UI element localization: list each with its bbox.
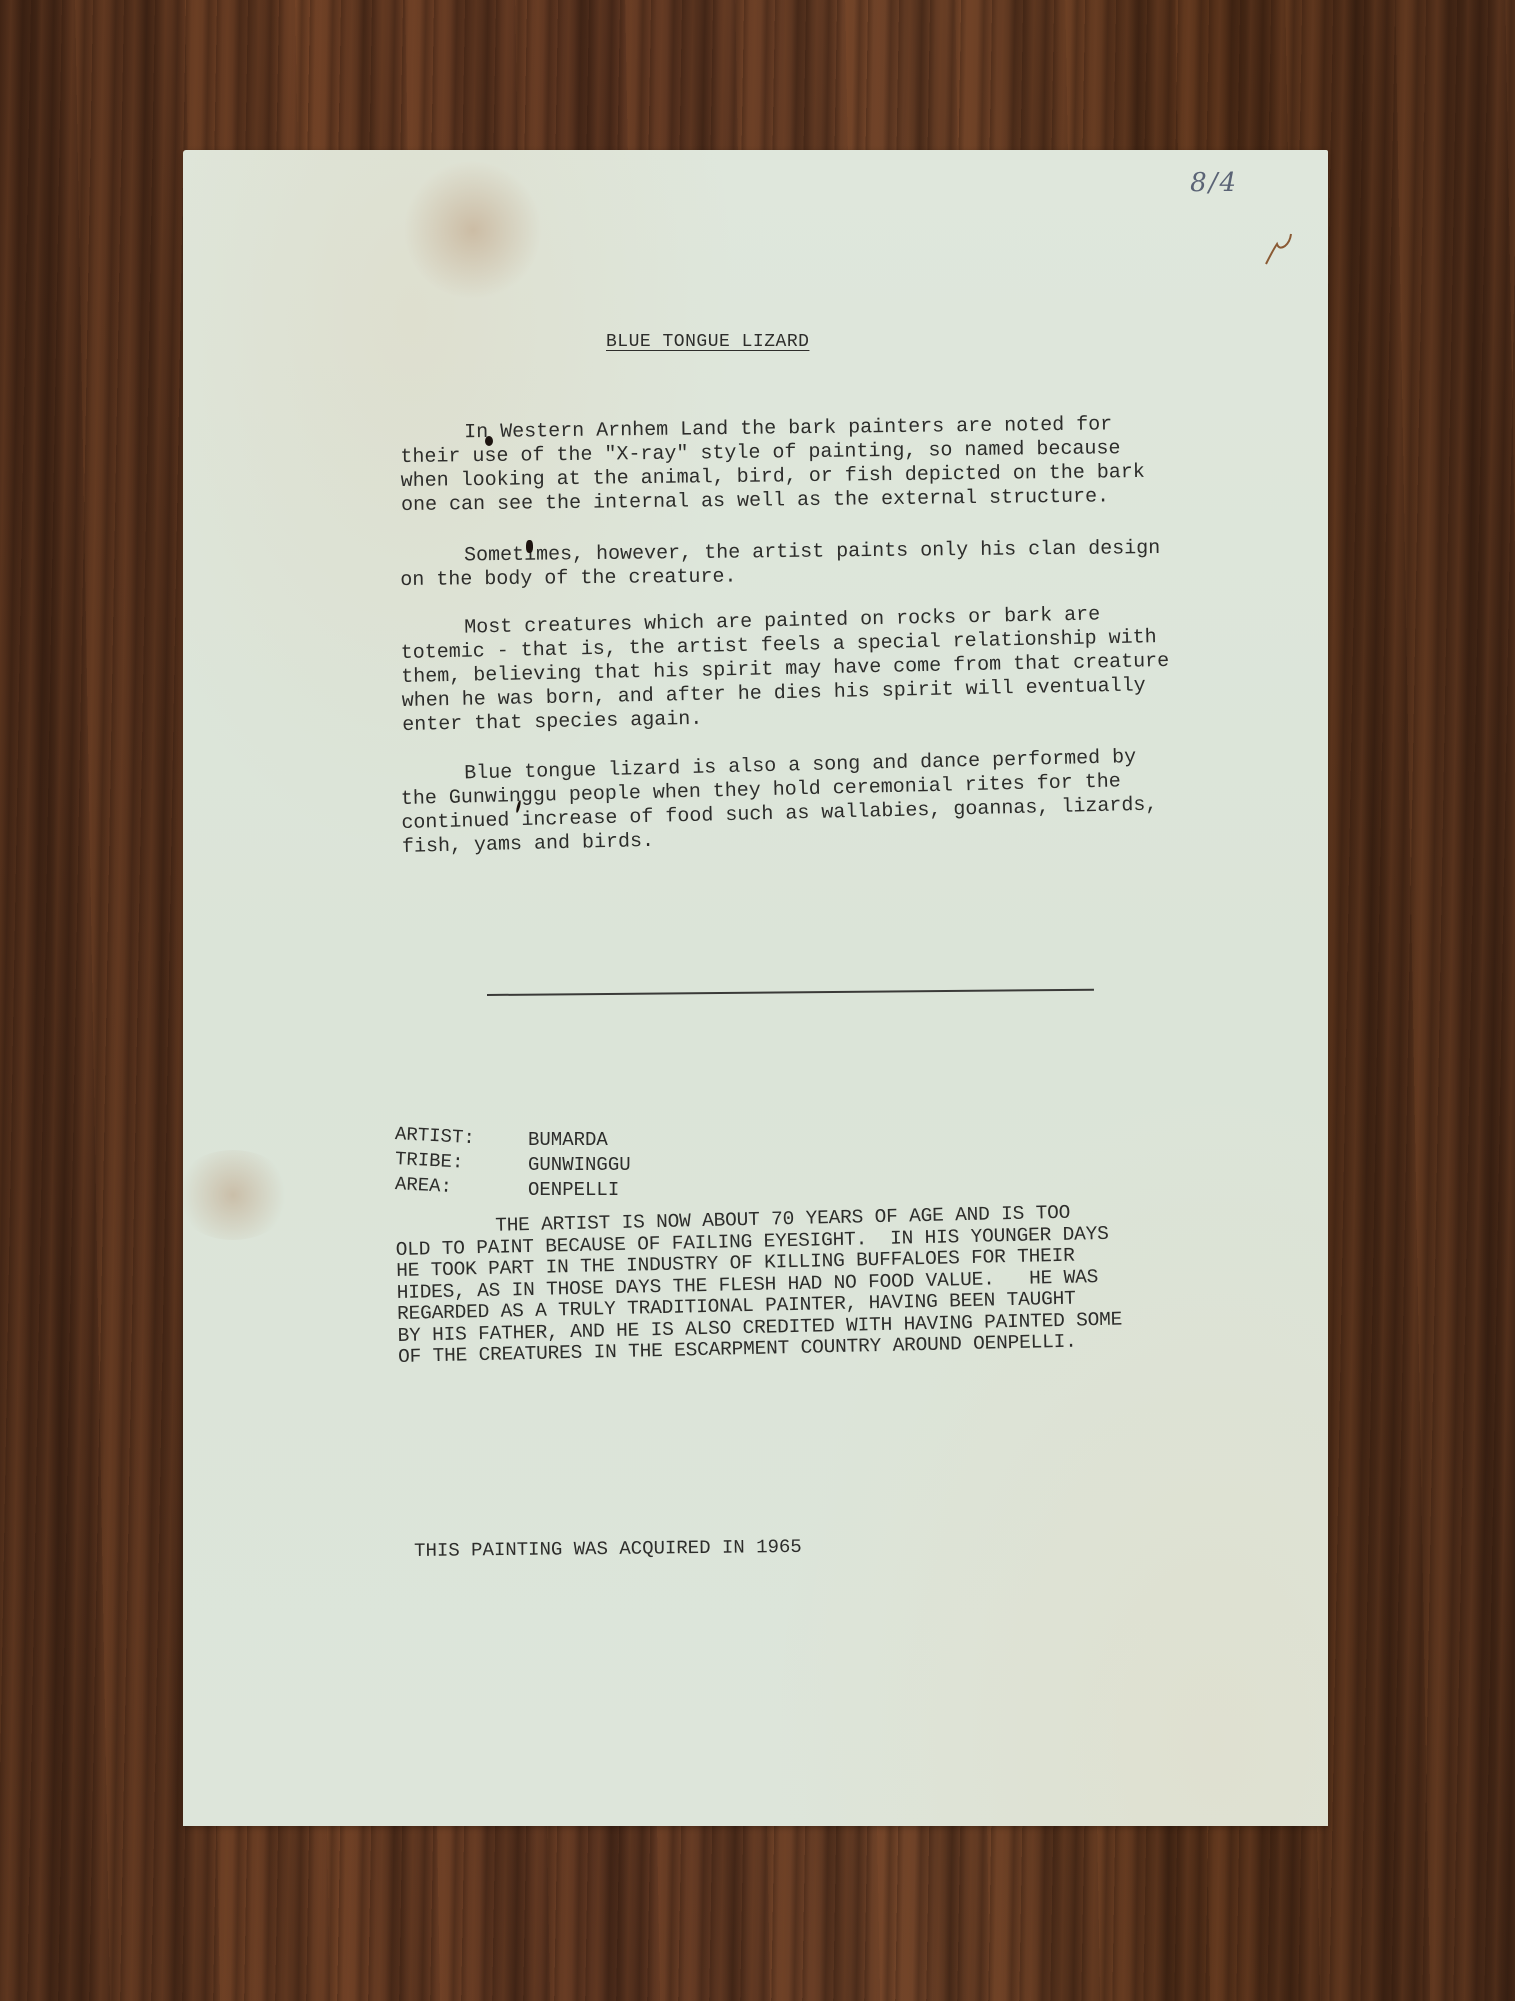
section-divider <box>487 989 1094 996</box>
artist-credits: ARTIST: BUMARDA TRIBE: GUNWINGGU AREA: O… <box>395 1122 631 1197</box>
document-title: BLUE TONGUE LIZARD <box>606 332 809 352</box>
paragraph-xray-style: In Western Arnhem Land the bark painters… <box>400 411 1281 518</box>
biography-text: THE ARTIST IS NOW ABOUT 70 YEARS OF AGE … <box>395 1202 1122 1368</box>
acquisition-note: THIS PAINTING WAS ACQUIRED IN 1965 <box>414 1536 802 1562</box>
paragraph-song-and-dance: Blue tongue lizard is also a song and da… <box>400 742 1282 859</box>
typewritten-document-page: 8/4 BLUE TONGUE LIZARD In Western Arnhem… <box>183 150 1328 1826</box>
stain-mark <box>403 160 543 300</box>
ink-blot <box>485 436 493 446</box>
credit-row-artist: ARTIST: BUMARDA <box>395 1122 631 1147</box>
artist-biography: THE ARTIST IS NOW ABOUT 70 YEARS OF AGE … <box>395 1198 1298 1369</box>
paragraph-text: Most creatures which are painted on rock… <box>401 603 1170 737</box>
stain-mark <box>173 1150 293 1240</box>
credit-value: BUMARDA <box>528 1128 608 1153</box>
handwritten-tick-icon <box>1263 232 1293 266</box>
paragraph-text: Blue tongue lizard is also a song and da… <box>401 746 1158 859</box>
handwritten-page-number: 8/4 <box>1190 168 1238 198</box>
credit-value: GUNWINGGU <box>528 1153 631 1178</box>
paragraph-totemic: Most creatures which are painted on rock… <box>400 600 1282 738</box>
ink-blot <box>526 540 533 553</box>
credit-value: OENPELLI <box>528 1178 619 1203</box>
paragraph-text: In Western Arnhem Land the bark painters… <box>400 413 1145 517</box>
paragraph-text: Sometimes, however, the artist paints on… <box>400 537 1160 592</box>
